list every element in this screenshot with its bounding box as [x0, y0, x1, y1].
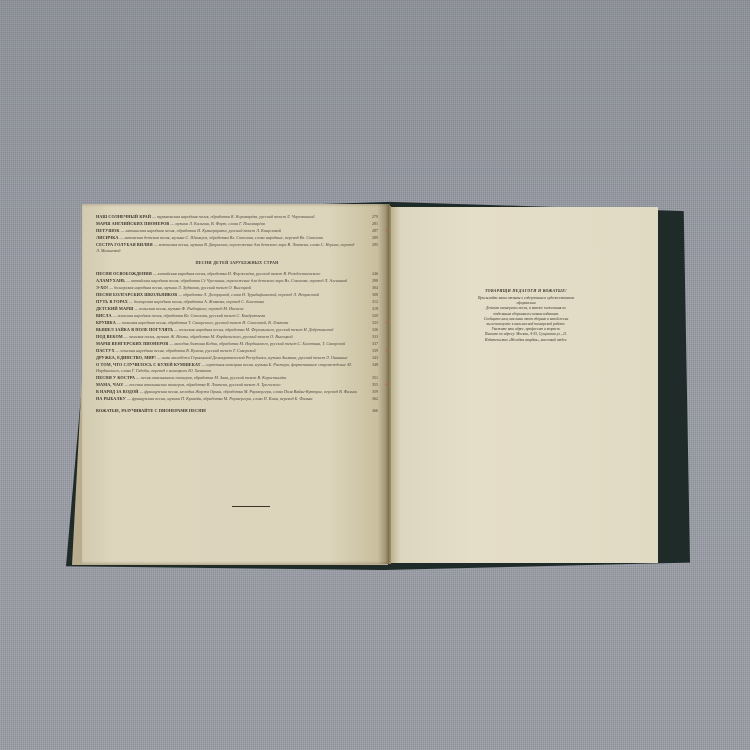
publisher-note: ТОВАРИЩИ ПЕДАГОГИ И ВОЖАТЫЕ! Присылайте … [472, 288, 580, 343]
toc-entry: НАШ СОЛНЕЧНЫЙ КРАЙ — туркменская народна… [96, 214, 378, 220]
toc-page: 281 [372, 221, 378, 227]
toc-entry: ПАСТУХ — чешская народная песня, обработ… [96, 348, 378, 354]
toc-entry: ПЕСНЯ У КОСТРА — песня итальянских пионе… [96, 375, 378, 381]
toc-entry: ЛИСИЧКА — литовская детская песня, музык… [96, 235, 378, 241]
toc-page: 312 [372, 299, 378, 305]
toc-description: — французская песня, музыка П. Кривойн, … [127, 396, 313, 401]
toc-description: — обработка Л. Дозорцовой, слова Н. Трун… [178, 292, 319, 297]
toc-description: — французская песня, мелодия Жоржа Орика… [140, 389, 357, 394]
toc-description: — литовская детская песня, музыка С. Шим… [120, 235, 323, 240]
imprint-heading: ТОВАРИЩИ ПЕДАГОГИ И ВОЖАТЫЕ! [472, 288, 580, 293]
toc-entry: ВИСЛА — польская народная песня, обработ… [96, 313, 378, 319]
toc-title: О ТОМ, ЧТО СЛУЧИЛОСЬ С КУЛЕЙ КУМШЕКАТ [96, 362, 201, 367]
toc-description: — мелодия Золтана Кодаи, обработка М. Ио… [169, 341, 345, 346]
toc-description: — болгарская народная песня, музыка Л. Х… [109, 285, 251, 290]
toc-page: 362 [372, 396, 378, 402]
imprint-line: Присылайте ваши отзывы о содержании и ху… [472, 296, 580, 306]
right-page [390, 207, 658, 563]
toc-description: — песенка итальянских пионеров, обработк… [125, 382, 281, 387]
toc-page: 333 [372, 334, 378, 340]
toc-title: ВОЖАТЫЕ, РАЗУЧИВАЙТЕ С ПИОНЕРАМИ ПЕСНИ! [96, 408, 207, 413]
toc-page: 351 [372, 375, 378, 381]
toc-description: — болгарская народная песня, обработка А… [129, 299, 264, 304]
toc-entry: АЛАМУХАНЬ — китайская народная песня, об… [96, 278, 378, 284]
toc-entry: В НАРЯД ЗА ВОДОЙ — французская песня, ме… [96, 389, 378, 395]
toc-description: — туркменская народная песня, обработка … [152, 214, 314, 219]
check-mark-icon: ✓ [384, 347, 390, 353]
toc-title: ПАСТУХ [96, 348, 115, 353]
toc-title: ЛИСИЧКА [96, 235, 119, 240]
toc-title: В НАРЯД ЗА ВОДОЙ [96, 389, 139, 394]
toc-page: 320 [372, 313, 378, 319]
toc-page: 295 [372, 242, 378, 248]
toc-page: 343 [372, 355, 378, 361]
toc-final-entry: ВОЖАТЫЕ, РАЗУЧИВАЙТЕ С ПИОНЕРАМИ ПЕСНИ! … [96, 408, 378, 414]
section-heading: ПЕСНИ ДЕТЕЙ ЗАРУБЕЖНЫХ СТРАН [96, 260, 378, 265]
toc-description: — польская народная песня, обработка М. … [174, 327, 333, 332]
toc-page: 355 [372, 382, 378, 388]
imprint-line: Пишите по адресу: Москва, А-55, Сущевска… [472, 332, 580, 337]
toc-page: 298 [372, 278, 378, 284]
toc-title: ДЕТСКИЙ МАРШ [96, 306, 133, 311]
toc-page: 246 [372, 271, 378, 277]
toc-entry: ДРУЖБА, ЕДИНСТВО, МИР! — гимн молодёжи Г… [96, 355, 378, 361]
toc-description: — польская народная песня, обработка Вл.… [113, 313, 266, 318]
table-of-contents: НАШ СОЛНЕЧНЫЙ КРАЙ — туркменская народна… [96, 214, 378, 415]
toc-title: ВЫШЕЛ ЗАЙКА В ПОЛЕ ПОГУЛЯТЬ [96, 327, 173, 332]
toc-page: 323 [372, 320, 378, 326]
toc-entry: МАМА, ЧАО! — песенка итальянских пионеро… [96, 382, 378, 388]
toc-title: МАМА, ЧАО! [96, 382, 124, 387]
toc-description: — китайская народная песня, обработка Сё… [126, 278, 347, 283]
toc-title: ПУТЬ В ГОРАХ [96, 299, 128, 304]
toc-title: ДРУЖБА, ЕДИНСТВО, МИР! [96, 355, 156, 360]
toc-page: 287 [372, 228, 378, 234]
toc-entry: ПЕСНЯ ОСВОБОЖДЕНИЯ — китайская народная … [96, 271, 378, 277]
imprint-line: Детгиза пионерских песен, а также пожела… [472, 306, 580, 311]
toc-title: НА РЫБАЛКУ [96, 396, 126, 401]
toc-title: ПЕСНЯ ОСВОБОЖДЕНИЯ [96, 271, 152, 276]
toc-entry: ПОД ВЕКОМ — чешская песня, музыка Ж. Вёх… [96, 334, 378, 340]
toc-title: КРУШКА [96, 320, 116, 325]
toc-title: МАРШ АНГЛИЙСКИХ ПИОНЕРОВ [96, 221, 169, 226]
toc-title: СЕСТРА ГОЛУБАЯ ВИЛИЯ [96, 242, 153, 247]
toc-title: АЛАМУХАНЬ [96, 278, 125, 283]
check-mark-icon: ✓ [384, 319, 390, 325]
toc-description: — польская народная песня, обработка Т. … [117, 320, 288, 325]
toc-title: ПЕТУШОК [96, 228, 120, 233]
toc-page: 337 [372, 341, 378, 347]
toc-description: — латышская народная песня, обработка И.… [121, 228, 281, 233]
toc-page: 304 [372, 285, 378, 291]
divider-rule [232, 506, 270, 507]
toc-description: — китайская народная песня, обработка И.… [153, 271, 320, 276]
toc-entry: МАРШ АНГЛИЙСКИХ ПИОНЕРОВ — музыка Л. Кал… [96, 221, 378, 227]
toc-entry: ПЕТУШОК — латышская народная песня, обра… [96, 228, 378, 234]
toc-description: — музыка Л. Кальпин, В. Форт, слова Г. П… [170, 221, 265, 226]
toc-page: 339 [372, 348, 378, 354]
check-mark-icon: ✓ [384, 227, 390, 233]
toc-entry: КРУШКА — польская народная песня, обрабо… [96, 320, 378, 326]
check-mark-icon: ✓ [384, 381, 390, 387]
toc-title: Э-ХО! [96, 285, 108, 290]
toc-entry: Э-ХО! — болгарская народная песня, музык… [96, 285, 378, 291]
toc-title: ПОД ВЕКОМ [96, 334, 123, 339]
toc-title: МАРШ ВЕНГЕРСКИХ ПИОНЕРОВ [96, 341, 168, 346]
toc-page: 359 [372, 389, 378, 395]
toc-title: ПЕСНЯ У КОСТРА [96, 375, 135, 380]
toc-description: — чешская народная песня, обработка В. К… [116, 348, 256, 353]
toc-page: 318 [372, 306, 378, 312]
imprint-line: Издательство «Молодая гвардия», массовый… [472, 338, 580, 343]
toc-entry: ПУТЬ В ГОРАХ — болгарская народная песня… [96, 299, 378, 305]
toc-description: — чешская песня, музыка Ж. Вёхмы, обрабо… [124, 334, 293, 339]
toc-page: 326 [372, 327, 378, 333]
toc-entry: ПЕСНЯ БОЛГАРСКИХ ШКОЛЬНИКОВ — обработка … [96, 292, 378, 298]
toc-entry: СЕСТРА ГОЛУБАЯ ВИЛИЯ — эстонская песня, … [96, 242, 378, 254]
toc-title: НАШ СОЛНЕЧНЫЙ КРАЙ [96, 214, 151, 219]
toc-entry: ДЕТСКИЙ МАРШ — польская песня, музыка Ф.… [96, 306, 378, 312]
toc-entry: О ТОМ, ЧТО СЛУЧИЛОСЬ С КУЛЕЙ КУМШЕКАТ — … [96, 362, 378, 374]
toc-entry: НА РЫБАЛКУ — французская песня, музыка П… [96, 396, 378, 402]
toc-page: 366 [372, 408, 378, 414]
toc-entry: МАРШ ВЕНГЕРСКИХ ПИОНЕРОВ — мелодия Золта… [96, 341, 378, 347]
toc-description: — песня итальянских пионеров, обработка … [136, 375, 286, 380]
toc-page: 308 [372, 292, 378, 298]
toc-description: — гимн молодёжи Германской Демократическ… [157, 355, 348, 360]
toc-page: 348 [372, 362, 378, 368]
toc-page: 279 [372, 214, 378, 220]
toc-description: — польская песня, музыка Ф. Рыбицкого, п… [134, 306, 243, 311]
toc-page: 289 [372, 235, 378, 241]
toc-entry: ВЫШЕЛ ЗАЙКА В ПОЛЕ ПОГУЛЯТЬ — польская н… [96, 327, 378, 333]
toc-title: ПЕСНЯ БОЛГАРСКИХ ШКОЛЬНИКОВ [96, 292, 177, 297]
toc-title: ВИСЛА [96, 313, 112, 318]
